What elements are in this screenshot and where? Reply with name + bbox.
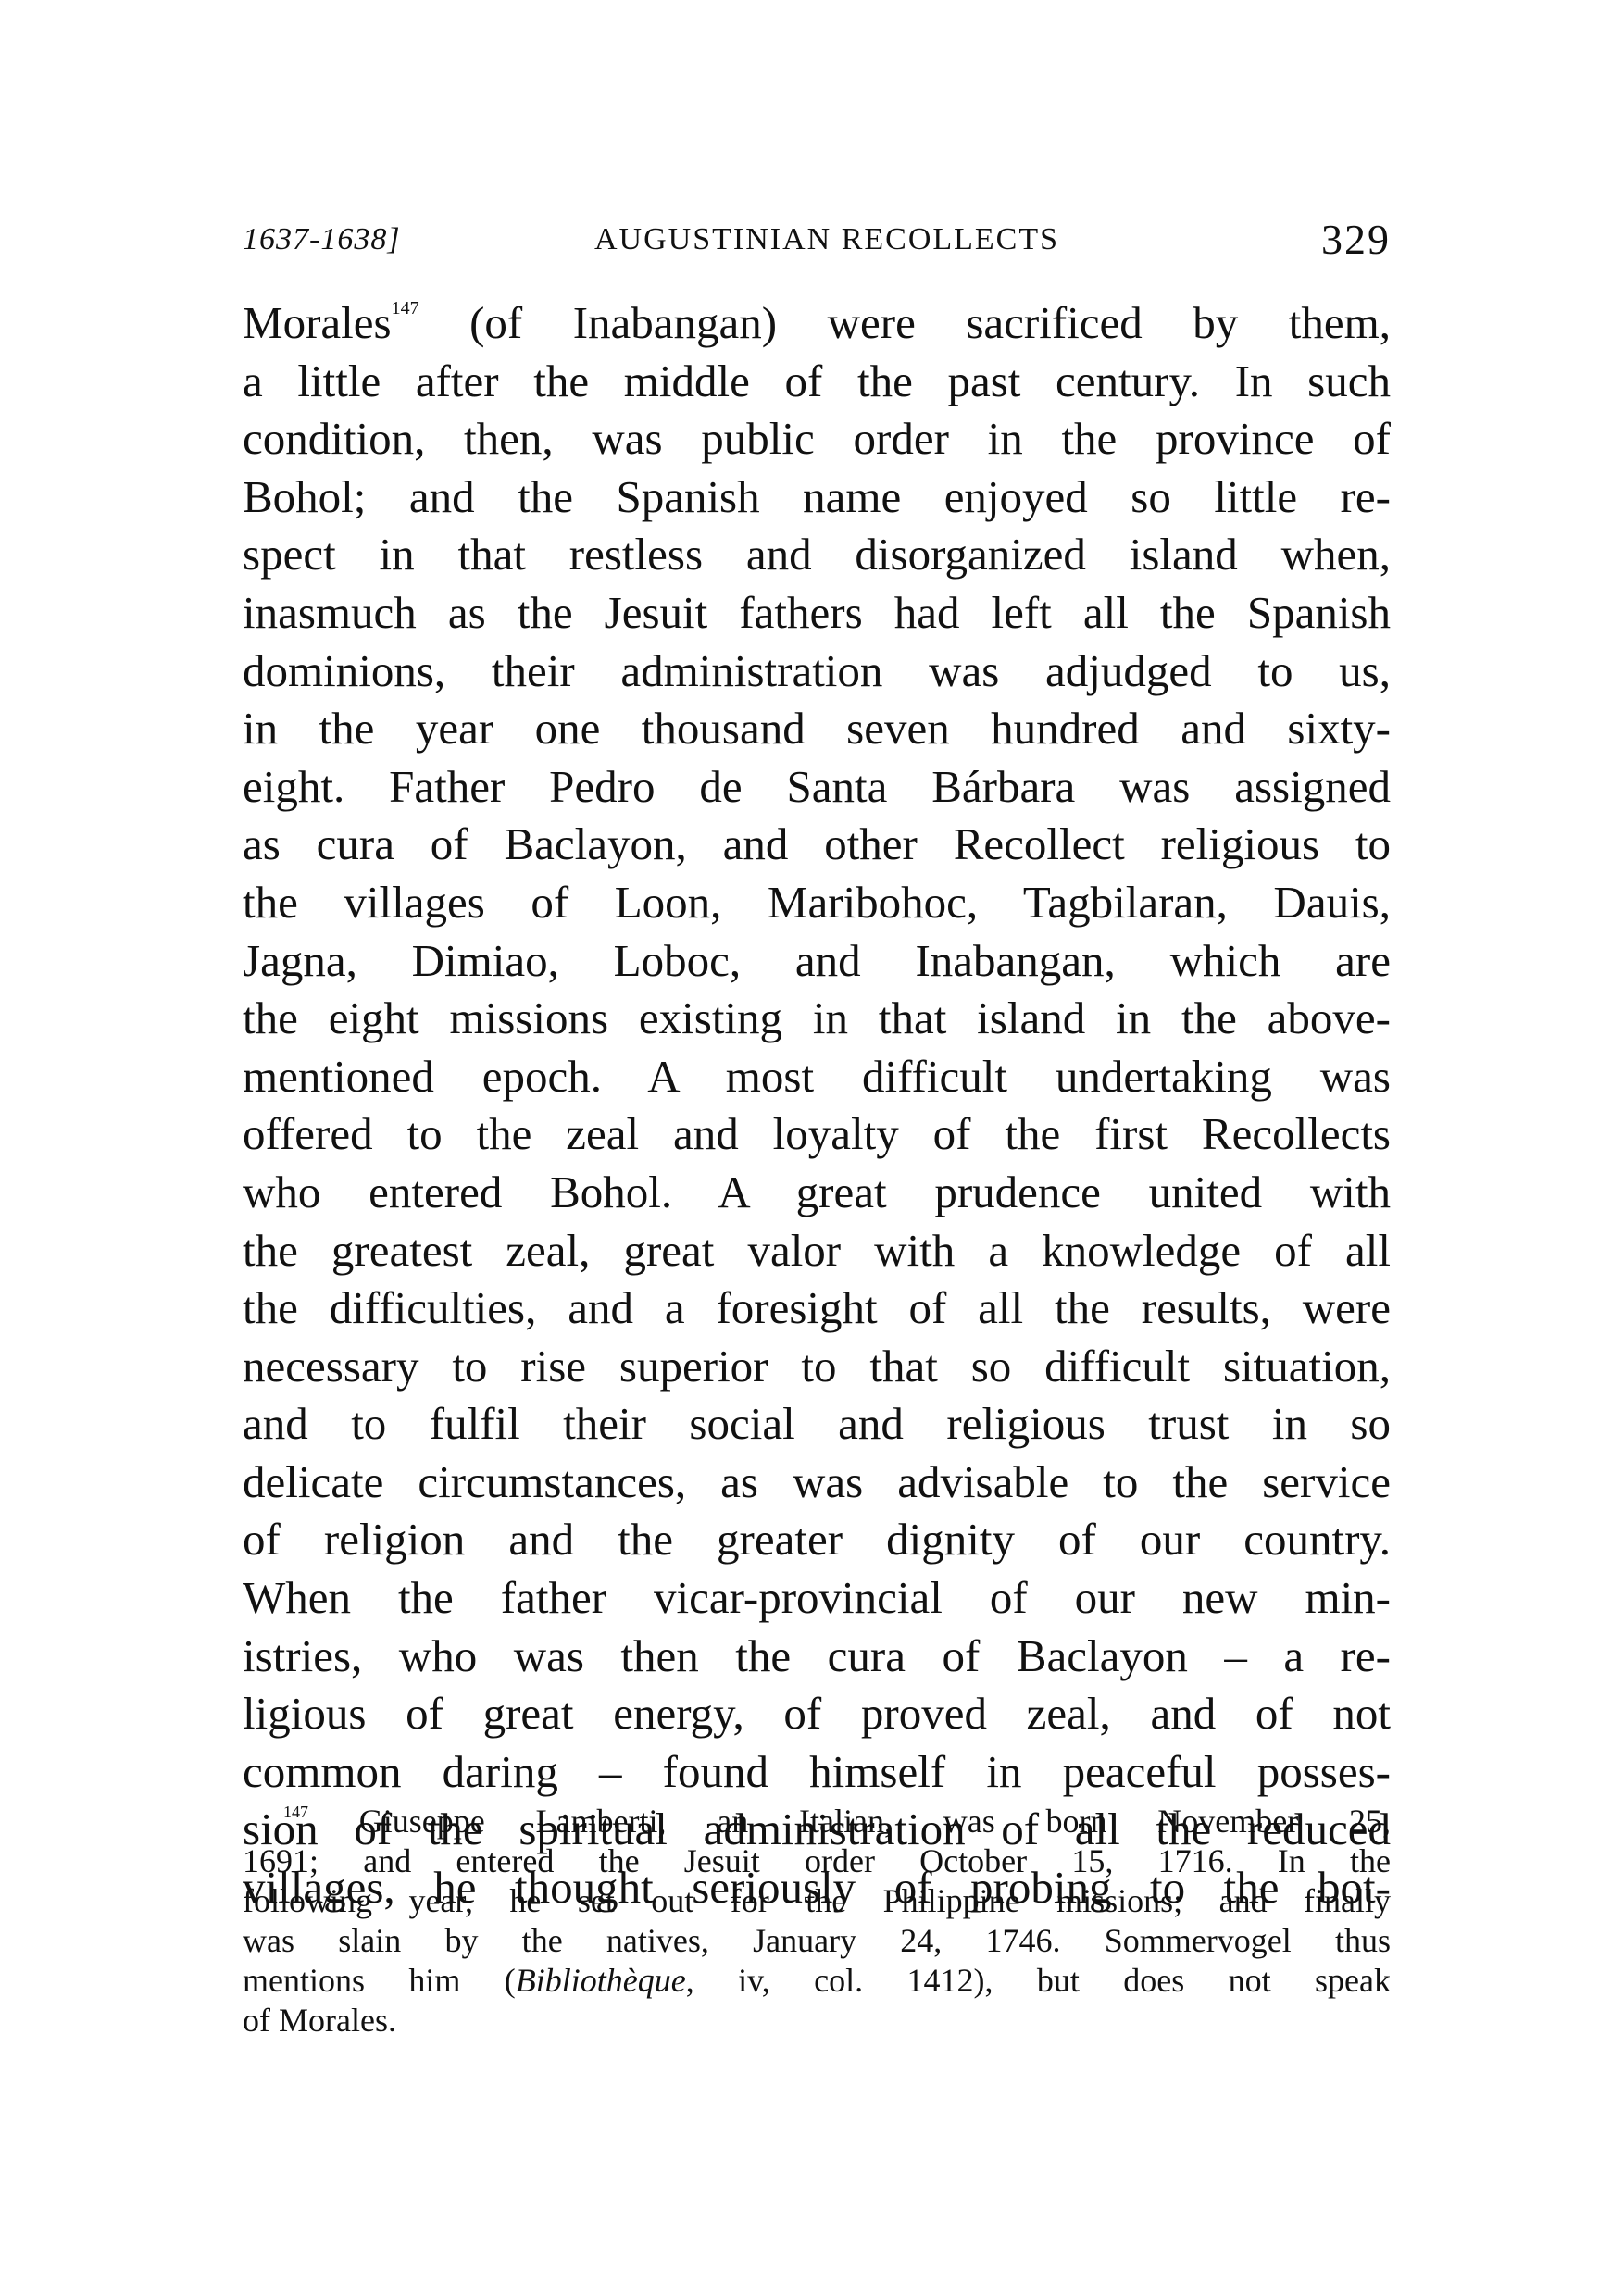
text-line: the difficulties, and a foresight of all… [243, 1279, 1391, 1338]
page-number: 329 [1321, 215, 1391, 264]
text-line: spect in that restless and disorganized … [243, 526, 1391, 584]
footnote-number: 147 [283, 1803, 308, 1821]
text-fragment: mentions him ( [243, 1962, 516, 1999]
text-line: the greatest zeal, great valor with a kn… [243, 1222, 1391, 1280]
footnote-line: was slain by the natives, January 24, 17… [243, 1921, 1391, 1961]
footnote-line: 147 Giuseppe Lamberti, an Italian, was b… [243, 1802, 1391, 1841]
text-line: offered to the zeal and loyalty of the f… [243, 1105, 1391, 1164]
text-line: Morales147 (of Inabangan) were sacrifice… [243, 294, 1391, 353]
footnote-reference: 147 [392, 298, 419, 318]
text-line: common daring – found himself in peacefu… [243, 1743, 1391, 1802]
text-line: Jagna, Dimiao, Loboc, and Inabangan, whi… [243, 932, 1391, 991]
text-line: inasmuch as the Jesuit fathers had left … [243, 584, 1391, 643]
text-line: who entered Bohol. A great prudence unit… [243, 1164, 1391, 1222]
text-line: delicate circumstances, as was advisable… [243, 1454, 1391, 1512]
text-line: mentioned epoch. A most difficult undert… [243, 1048, 1391, 1106]
main-text: Morales147 (of Inabangan) were sacrifice… [243, 294, 1391, 1917]
footnote: 147 Giuseppe Lamberti, an Italian, was b… [243, 1802, 1391, 2041]
text-fragment: (of Inabangan) were sacrificed by them, [469, 297, 1391, 348]
header-date-range: 1637-1638] [243, 222, 401, 257]
cited-work-title: Bibliothèque [516, 1962, 686, 1999]
text-line: the villages of Loon, Maribohoc, Tagbila… [243, 874, 1391, 932]
text-line: of religion and the greater dignity of o… [243, 1511, 1391, 1569]
text-line: condition, then, was public order in the… [243, 410, 1391, 468]
text-fragment: , iv, col. 1412), but does not speak [686, 1962, 1391, 1999]
text-line: istries, who was then the cura of Baclay… [243, 1628, 1391, 1686]
text-line: in the year one thousand seven hundred a… [243, 700, 1391, 758]
text-line: Bohol; and the Spanish name enjoyed so l… [243, 468, 1391, 527]
text-line: as cura of Baclayon, and other Recollect… [243, 816, 1391, 874]
text-line: necessary to rise superior to that so di… [243, 1338, 1391, 1396]
footnote-line: 1691; and entered the Jesuit order Octob… [243, 1841, 1391, 1881]
footnote-line: of Morales. [243, 2001, 1391, 2041]
text-line: eight. Father Pedro de Santa Bárbara was… [243, 758, 1391, 817]
text-line: and to fulfil their social and religious… [243, 1395, 1391, 1454]
text-line: a little after the middle of the past ce… [243, 353, 1391, 411]
running-header: 1637-1638] AUGUSTINIAN RECOLLECTS 329 [243, 215, 1391, 270]
footnote-line: mentions him (Bibliothèque, iv, col. 141… [243, 1961, 1391, 2001]
text-fragment: Giuseppe Lamberti, an Italian, was born … [359, 1803, 1391, 1840]
text-line: dominions, their administration was adju… [243, 643, 1391, 701]
footnote-line: following year, he set out for the Phili… [243, 1881, 1391, 1921]
text-fragment: Morales [243, 297, 392, 348]
header-title: AUGUSTINIAN RECOLLECTS [594, 222, 1059, 257]
text-line: When the father vicar-provincial of our … [243, 1569, 1391, 1628]
text-line: the eight missions existing in that isla… [243, 990, 1391, 1048]
text-line: ligious of great energy, of proved zeal,… [243, 1685, 1391, 1743]
